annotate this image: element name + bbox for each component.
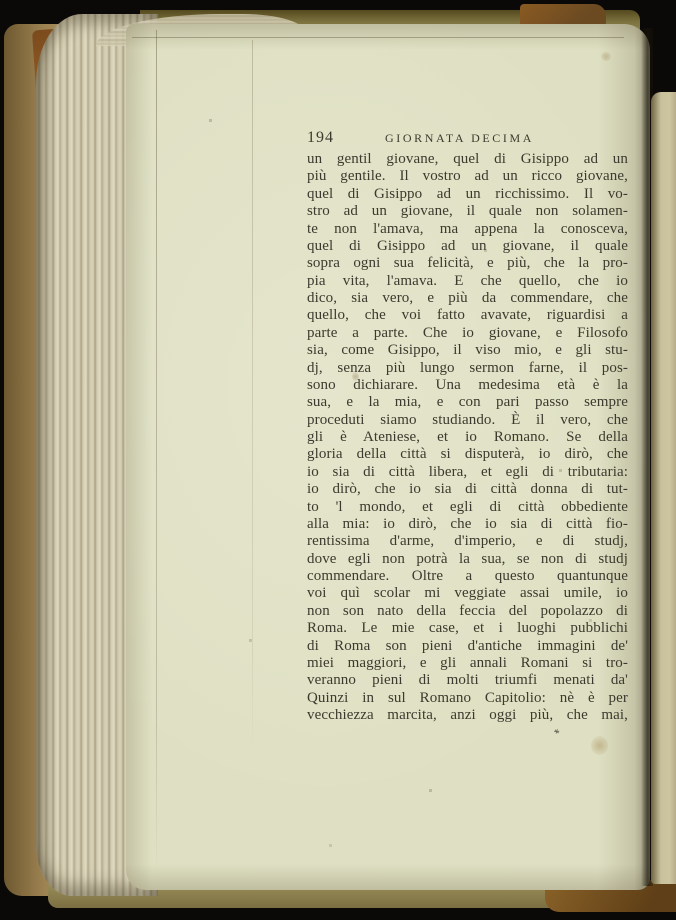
page-top-edge-line [132, 37, 624, 38]
paper-stain-small [601, 52, 611, 61]
text-line: di Roma son pieni d'antiche immagini de' [307, 638, 628, 655]
paper-stain-small [352, 372, 359, 381]
text-line: Quinzi in sul Romano Capitolio: nè è per [307, 690, 628, 707]
text-line: gloria della città si disputerà, io dirò… [307, 446, 628, 463]
text-line: sua, e la mia, e con pari passo sempre [307, 394, 628, 411]
text-line: non son nato della feccia del popolazzo … [307, 603, 628, 620]
text-line: sopra ogni sua felicità, e più, che la p… [307, 255, 628, 272]
text-line: Roma. Le mie case, et i luoghi pubblichi [307, 620, 628, 637]
text-line: commendare. Oltre a questo quantunque [307, 568, 628, 585]
paper-stain [591, 736, 608, 755]
paper-speckles [0, 0, 1, 1]
text-line: voi quì scolar mi veggiate assai umile, … [307, 585, 628, 602]
text-line: gli è Ateniese, et io Romano. Se della [307, 429, 628, 446]
text-line: te non l'amava, ma appena la conosceva, [307, 221, 628, 238]
body-text: un gentil giovane, quel di Gisippo ad un… [307, 151, 628, 724]
text-line: io sia di città libera, et egli di tribu… [307, 464, 628, 481]
text-line: dove egli non potrà la sua, se non di st… [307, 551, 628, 568]
text-line: più gentile. Il vostro ad un ricco giova… [307, 168, 628, 185]
text-line: dico, sia vero, e più da commendare, che [307, 290, 628, 307]
text-line: quello, che voi fatto avavate, riguardis… [307, 307, 628, 324]
text-line: rentissima d'arme, d'imperio, e di studj… [307, 533, 628, 550]
text-line: sia, come Gisippo, il viso mio, e gli st… [307, 342, 628, 359]
text-line: un gentil giovane, quel di Gisippo ad un [307, 151, 628, 168]
text-line: miei maggiori, e gli annali Romani si tr… [307, 655, 628, 672]
text-line: quel di Gisippo ad un giovane, il quale [307, 238, 628, 255]
text-line: pia vita, l'amava. E che quello, che io [307, 273, 628, 290]
text-line: to 'l mondo, et egli di città obbediente [307, 499, 628, 516]
page-fold-line-faint [252, 40, 253, 760]
text-line: alla mia: io dirò, che io sia di città f… [307, 516, 628, 533]
text-line: proceduti siamo studiando. È il vero, ch… [307, 412, 628, 429]
text-line: veranno pieni di molti triumfi menati da… [307, 672, 628, 689]
running-title: GIORNATA DECIMA [307, 131, 628, 146]
text-line: vecchiezza marcita, anzi oggi più, che m… [307, 707, 628, 724]
page-fold-line [156, 30, 157, 880]
scanned-book-photo: 194 GIORNATA DECIMA un gentil giovane, q… [0, 0, 676, 920]
page-header: 194 GIORNATA DECIMA [307, 129, 628, 148]
text-line: quel di Gisippo ad un ricchissimo. Il vo… [307, 186, 628, 203]
text-line: parte a parte. Che io giovane, e Filosof… [307, 325, 628, 342]
next-page-edge [651, 92, 676, 884]
text-line: io dirò, che io sia di città donna di tu… [307, 481, 628, 498]
text-line: stro ad un giovane, il quale non solamen… [307, 203, 628, 220]
